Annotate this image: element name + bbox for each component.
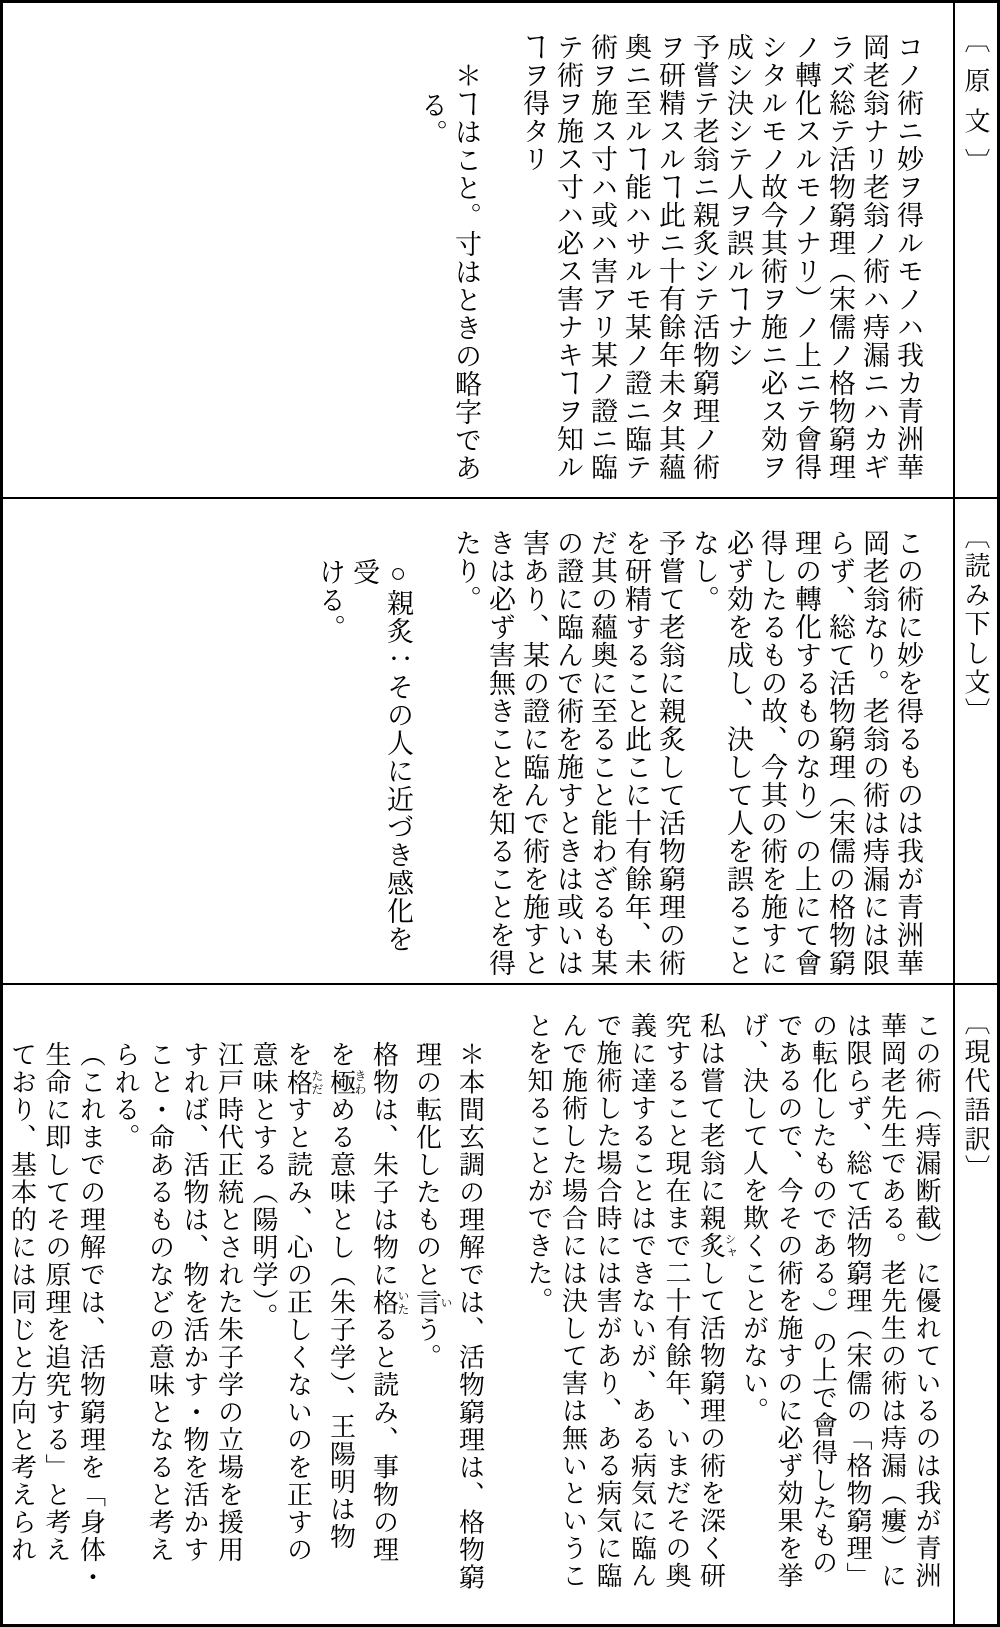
section-yomikudashi-header: 〔読み下し文〕 [953,499,997,983]
text-column: を格ただすと読み、心の正しくないのを正すの [280,1041,323,1618]
paragraph: コノ術ニ妙ヲ得ルモノハ我カ青洲華岡老翁ナリ老翁ノ術ハ痔漏ニハカギラズ総テ活物窮理… [721,33,925,491]
text-column: 岡老翁ナリ老翁ノ術ハ痔漏ニハカギ [857,33,891,491]
text-column: 意味とする（陽明学）。 [246,1041,281,1618]
text-column: 岡老翁なり。老翁の術は痔漏には限 [857,529,891,977]
paragraph: 予嘗て老翁に親炙して活物窮理の術を研精すること此こに十有餘年、未だ其の蘊奥に至る… [449,529,687,977]
text-column: 義に達することはできないが、ある病気に臨ん [624,1012,659,1618]
text-column: る。 [415,91,449,491]
text-column: 究すること現在まで二十有餘年、いまだその奥 [659,1012,694,1618]
section-gendaigoyaku-body: この術（痔漏断截）に優れているのは我が青洲華岡老先生である。老先生の術は痔漏（瘻… [3,985,953,1624]
text-column: を研精すること此こに十有餘年、未 [619,529,653,977]
paragraph: 予嘗テ老翁ニ親炙シテ活物窮理ノ術ヲ研精スルヿ此ニ十有餘年未タ其蘊奥ニ至ルヿ能ハサ… [517,33,721,491]
text-column: 華岡老先生である。老先生の術は痔漏（瘻）に [874,1012,909,1618]
text-column: ける。 [313,558,347,977]
text-column: ○親炙：その人に近づき感化を受 [347,558,415,977]
text-column: すれば、活物は、物を活かす・物を活かす [177,1041,212,1618]
text-column: ノ轉化スルモノナリ）ノ上ニテ會得 [789,33,823,491]
section-genbun-header: 〔原文〕 [953,3,997,497]
section-gendaigoyaku-header: 〔現代語訳〕 [953,985,997,1624]
text-column: ヿヲ得タリ [517,33,551,491]
text-column: ており、基本的には同じと方向と考えられ [4,1041,39,1618]
section-yomikudashi-body: この術に妙を得るものは我が青洲華岡老翁なり。老翁の術は痔漏には限らず、総て活物窮… [3,499,953,983]
text-column: 必ず効を成し、決して人を誤ること [721,529,755,977]
text-column: テ術ヲ施ス寸ハ必ス害ナキヿヲ知ル [551,33,585,491]
text-column: 生命に即してその原理を追究する」と考え [39,1041,74,1618]
text-column: 理の轉化するものなり）の上にて會 [789,529,823,977]
text-column: 私は嘗て老翁に親炙シャして活物窮理の術を深く研 [693,1012,736,1618]
text-column: 得したるもの故、今其の術を施すに [755,529,789,977]
section-genbun: コノ術ニ妙ヲ得ルモノハ我カ青洲華岡老翁ナリ老翁ノ術ハ痔漏ニハカギラズ総テ活物窮理… [3,3,997,497]
text-column: きは必ず害無きことを知ることを得 [483,529,517,977]
text-column: 理の転化したものと言いう。 [409,1041,452,1618]
text-column: 害あり、某の證に臨んで術を施すと [517,529,551,977]
text-column: 江戸時代正統とされた朱子学の立場を援用 [211,1041,246,1618]
section-genbun-title: 〔原文〕 [961,27,990,188]
text-column: であるので、今その術を施すのに必ず効果を挙 [771,1012,806,1618]
text-column: 予嘗て老翁に親炙して活物窮理の術 [653,529,687,977]
text-column: ラズ総テ活物窮理（宋儒ノ格物窮理 [823,33,857,491]
text-column: ヲ研精スルヿ此ニ十有餘年未タ其蘊 [653,33,687,491]
text-column: 術ヲ施ス寸ハ或ハ害アリ某ノ證ニ臨 [585,33,619,491]
text-column: で施術した場合時には害があり、ある病気に臨 [590,1012,625,1618]
text-column: だ其の蘊奥に至ること能わざるも某 [585,529,619,977]
text-column: とを知ることができた。 [521,1012,556,1618]
text-column: げ、決して人を欺くことがない。 [736,1012,771,1618]
text-column: 予嘗テ老翁ニ親炙シテ活物窮理ノ術 [687,33,721,491]
text-column: この術（痔漏断截）に優れているのは我が青洲 [909,1012,944,1618]
document-page: コノ術ニ妙ヲ得ルモノハ我カ青洲華岡老翁ナリ老翁ノ術ハ痔漏ニハカギラズ総テ活物窮理… [0,0,1000,1627]
text-column: らず、総て活物窮理（宋儒の格物窮 [823,529,857,977]
paragraph: この術に妙を得るものは我が青洲華岡老翁なり。老翁の術は痔漏には限らず、総て活物窮… [687,529,925,977]
text-column: の転化したものである。）の上で會得したもの [805,1012,840,1618]
note-paragraph: ○親炙：その人に近づき感化を受ける。 [313,529,415,977]
note-paragraph: ＊ヿはこと。寸はときの略字である。 [415,33,483,491]
text-column: こと・命あるものなどの意味となると考え [142,1041,177,1618]
text-column: シタルモノ故今其術ヲ施ニ必ス効ヲ [755,33,789,491]
text-column: 奥ニ至ルヿ能ハサルモ某ノ證ニ臨テ [619,33,653,491]
section-gendaigoyaku-title: 〔現代語訳〕 [961,1009,990,1184]
text-column: なし。 [687,529,721,977]
text-column: 格物は、朱子は物に格いたると読み、事物の理 [366,1041,409,1618]
text-column: の證に臨んで術を施すときは或いは [551,529,585,977]
text-column: ＊本間玄調の理解では、活物窮理は、格物窮 [452,1041,487,1618]
text-column: 成シ決シテ人ヲ誤ルヿナシ [721,33,755,491]
text-column: コノ術ニ妙ヲ得ルモノハ我カ青洲華 [891,33,925,491]
text-column: （これまでの理解では、活物窮理を「身体・ [73,1041,108,1618]
section-yomikudashi-title: 〔読み下し文〕 [961,523,990,727]
paragraph: この術（痔漏断截）に優れているのは我が青洲華岡老先生である。老先生の術は痔漏（瘻… [736,1012,943,1618]
section-genbun-body: コノ術ニ妙ヲ得ルモノハ我カ青洲華岡老翁ナリ老翁ノ術ハ痔漏ニハカギラズ総テ活物窮理… [3,3,953,497]
text-column: を極きわめる意味とし（朱子学）、王陽明は物 [323,1041,366,1618]
text-column: ＊ヿはこと。寸はときの略字であ [449,62,483,491]
section-gendaigoyaku: この術（痔漏断截）に優れているのは我が青洲華岡老先生である。老先生の術は痔漏（瘻… [3,983,997,1624]
note-paragraph: ＊本間玄調の理解では、活物窮理は、格物窮理の転化したものと言いう。格物は、朱子は… [3,1012,487,1618]
section-yomikudashi: この術に妙を得るものは我が青洲華岡老翁なり。老翁の術は痔漏には限らず、総て活物窮… [3,497,997,983]
text-column: られる。 [108,1041,143,1618]
text-column: この術に妙を得るものは我が青洲華 [891,529,925,977]
text-column: たり。 [449,529,483,977]
text-column: は限らず、総て活物窮理（宋儒の「格物窮理」 [840,1012,875,1618]
paragraph: 私は嘗て老翁に親炙シャして活物窮理の術を深く研究すること現在まで二十有餘年、いま… [521,1012,737,1618]
text-column: んで施術した場合には決して害は無いというこ [555,1012,590,1618]
